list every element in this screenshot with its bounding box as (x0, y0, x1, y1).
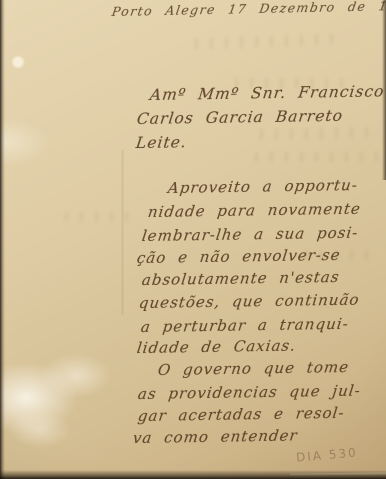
body-line: ção e não envolver-se (136, 246, 342, 267)
body-line: questões, que continuão (138, 291, 361, 312)
body-line: lembrar-lhe a sua posi- (141, 224, 360, 245)
ink-bleed-through (250, 152, 380, 162)
body-line: va como entender (132, 426, 299, 447)
body-line: nidade para novamente (147, 200, 362, 221)
ink-bleed-through (60, 212, 130, 222)
body-line: as providencias que jul- (137, 382, 362, 403)
body-line: gar acertadas e resol- (137, 404, 346, 425)
paper-edge-left (0, 0, 5, 479)
body-line: a perturbar a tranqui- (140, 315, 350, 336)
recipient-line-1: Amº Mmº Snr. Francisco (149, 82, 386, 104)
paper-edge-right (382, 0, 386, 180)
letter-photo: Porto Alegre 17 Dezembro de 18 Amº Mmº S… (0, 0, 386, 479)
ink-bleed-through (255, 127, 380, 140)
recipient-line-2: Carlos Garcia Barreto (136, 107, 344, 128)
recipient-line-3: Leite. (135, 133, 188, 152)
body-line: O governo que tome (157, 358, 350, 379)
paper-crease (122, 150, 123, 315)
body-line: Aproveito a opportu- (167, 176, 359, 197)
body-line: absolutamente n'estas (141, 268, 341, 289)
paper-edge-bottom (0, 470, 386, 479)
body-line: lidade de Caxias. (136, 337, 297, 357)
